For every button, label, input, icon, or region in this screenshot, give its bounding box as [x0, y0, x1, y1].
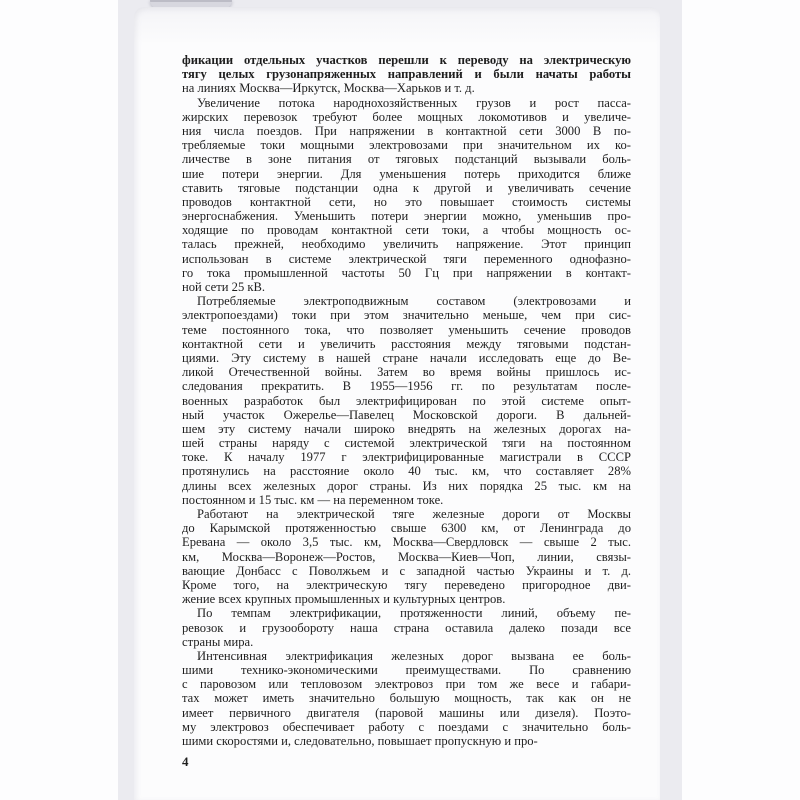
text-line: жирских перевозок требуют более мощных л… [182, 110, 631, 124]
text-line: фикации отдельных участков перешли к пер… [182, 53, 631, 67]
text-line: шими скоростями и, следовательно, повыша… [182, 734, 631, 748]
text-line: на линиях Москва—Иркутск, Москва—Харьков… [182, 81, 631, 95]
text-line: длины всех железных дорог страны. Из них… [182, 479, 631, 493]
text-line: Еревана — около 3,5 тыс. км, Москва—Свер… [182, 535, 631, 549]
text-line: протянулись на расстояние около 40 тыс. … [182, 464, 631, 478]
text-line: проводов контактной сети, но это повышае… [182, 195, 631, 209]
text-line: до Карымской протяженностью свыше 6300 к… [182, 521, 631, 535]
text-line: ной сети 25 кВ. [182, 280, 631, 294]
text-line: теме постоянного тока, что позволяет уме… [182, 323, 631, 337]
text-line: шие потери энергии. Для уменьшения потер… [182, 167, 631, 181]
text-line: шем эту систему начали широко внедрять н… [182, 422, 631, 436]
text-line: ликой Отечественной войны. Затем во врем… [182, 365, 631, 379]
text-line: контактной сети и увеличить расстояния м… [182, 337, 631, 351]
text-line: ния числа поездов. При напряжении в конт… [182, 124, 631, 138]
text-line: ходящие по проводам контактной сети токи… [182, 223, 631, 237]
text-line: Увеличение потока народнохозяйственных г… [182, 96, 631, 110]
text-line: шей страны наряду с системой электрическ… [182, 436, 631, 450]
text-line: жение всех крупных промышленных и культу… [182, 592, 631, 606]
page-number: 4 [182, 755, 189, 769]
text-line: вающие Донбасс с Поволжьем и с западной … [182, 564, 631, 578]
book-page: фикации отдельных участков перешли к пер… [134, 7, 660, 800]
text-line: По темпам электрификации, протяженности … [182, 606, 631, 620]
text-line: циями. Эту систему в нашей стране начали… [182, 351, 631, 365]
text-line: требляемые токи мощными электровозами пр… [182, 138, 631, 152]
text-line: ревозок и грузообороту наша страна остав… [182, 621, 631, 635]
text-line: личестве в зоне питания от тяговых подст… [182, 152, 631, 166]
text-line: Кроме того, на электрическую тягу переве… [182, 578, 631, 592]
text-line: талась прежней, необходимо увеличить нап… [182, 237, 631, 251]
text-line: го тока промышленной частоты 50 Гц при н… [182, 266, 631, 280]
text-line: Потребляемые электроподвижным составом (… [182, 294, 631, 308]
text-line: тягу целых грузонапряженных направлений … [182, 67, 631, 81]
text-line: тах может иметь значительно большую мощн… [182, 691, 631, 705]
text-line: электропоездами) токи при этом значитель… [182, 308, 631, 322]
page-text: фикации отдельных участков перешли к пер… [182, 53, 631, 748]
text-line: постоянном и 15 тыс. км — на переменном … [182, 493, 631, 507]
scan-viewer: фикации отдельных участков перешли к пер… [0, 0, 800, 800]
text-line: Интенсивная электрификация железных доро… [182, 649, 631, 663]
text-line: шими технико-экономическими преимущества… [182, 663, 631, 677]
text-line: с паровозом или тепловозом электровоз пр… [182, 677, 631, 691]
text-line: следования прекратить. В 1955—1956 гг. п… [182, 379, 631, 393]
text-line: км, Москва—Воронеж—Ростов, Москва—Киев—Ч… [182, 550, 631, 564]
text-line: му электровоз обеспечивает работу с поез… [182, 720, 631, 734]
text-line: Работают на электрической тяге железные … [182, 507, 631, 521]
text-line: энергоснабжения. Уменьшить потери энерги… [182, 209, 631, 223]
text-line: страны мира. [182, 635, 631, 649]
text-line: ставить тяговые подстанции одна к другой… [182, 181, 631, 195]
text-line: военных разработок был электрифицирован … [182, 394, 631, 408]
text-line: токе. К началу 1977 г электрифицированны… [182, 450, 631, 464]
text-line: ный участок Ожерелье—Павелец Московской … [182, 408, 631, 422]
text-line: имеет первичного двигателя (паровой маши… [182, 706, 631, 720]
text-line: использован в системе электрической тяги… [182, 252, 631, 266]
